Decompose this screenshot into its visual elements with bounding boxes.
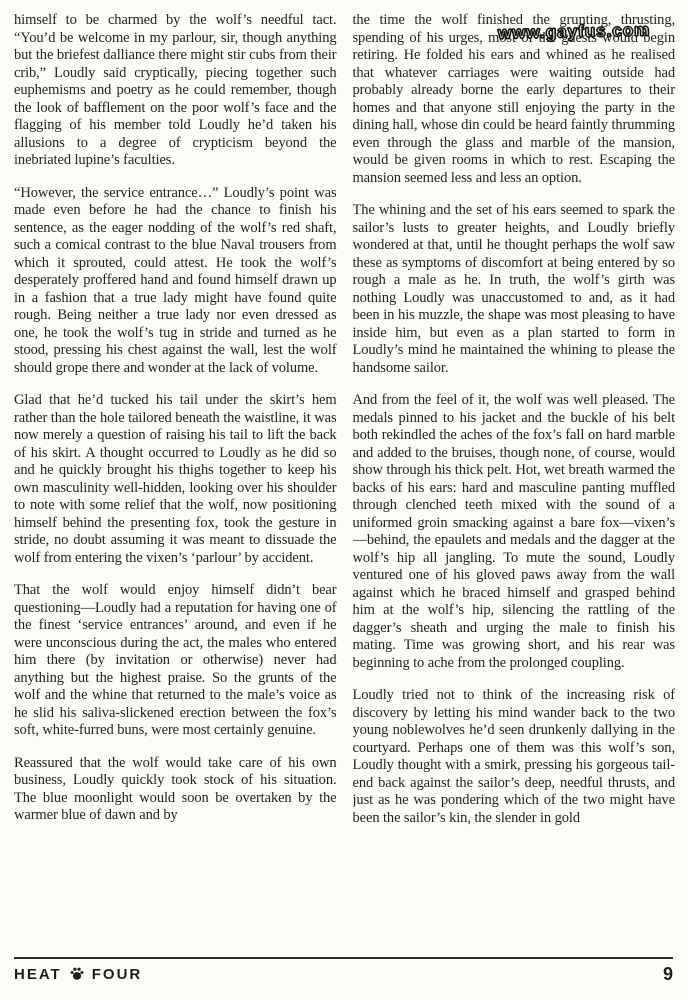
paragraph: Loudly tried not to think of the increas… — [353, 687, 676, 827]
running-footer: HEAT FOUR — [14, 966, 142, 983]
footer-series-label: HEAT — [14, 966, 62, 983]
paragraph: That the wolf would enjoy himself didn’t… — [14, 582, 337, 740]
paragraph: himself to be charmed by the wolf’s need… — [14, 12, 337, 170]
paragraph: Glad that he’d tucked his tail under the… — [14, 392, 337, 567]
paragraph: “However, the service entrance…” Loudly’… — [14, 185, 337, 378]
footer-volume-label: FOUR — [92, 966, 143, 983]
column-left: himself to be charmed by the wolf’s need… — [14, 12, 337, 952]
text-columns: himself to be charmed by the wolf’s need… — [0, 0, 687, 952]
paragraph: And from the feel of it, the wolf was we… — [353, 392, 676, 672]
page-footer: HEAT FOUR 9 — [14, 957, 673, 985]
paragraph: The whining and the set of his ears seem… — [353, 202, 676, 377]
page-number: 9 — [663, 964, 673, 985]
column-right: the time the wolf finished the grunting,… — [353, 12, 676, 952]
paragraph: Reassured that the wolf would take care … — [14, 755, 337, 825]
book-page: www.gayfus.com himself to be charmed by … — [0, 0, 687, 1000]
paw-icon — [70, 966, 84, 981]
watermark: www.gayfus.com — [498, 20, 651, 43]
